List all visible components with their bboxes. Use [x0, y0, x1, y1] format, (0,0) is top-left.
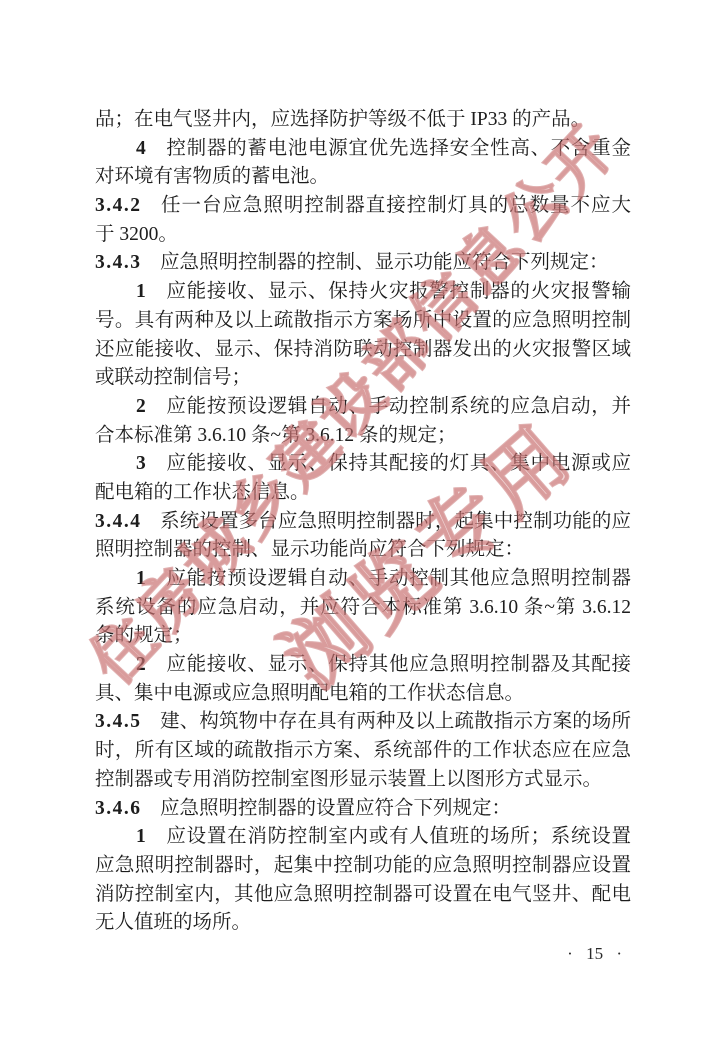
text-line: 3.4.5建、构筑物中存在具有两种及以上疏散指示方案的场所	[95, 708, 631, 737]
text-line: 合本标准第 3.6.10 条~第 3.6.12 条的规定；	[95, 422, 631, 451]
clause-number: 4	[136, 138, 147, 159]
text-line: 系统设备的应急启动，并应符合本标准第 3.6.10 条~第 3.6.12	[95, 594, 631, 623]
text-line: 3应能接收、显示、保持其配接的灯具、集中电源或应急照明	[95, 450, 631, 479]
line-text: 系统设置多台应急照明控制器时，起集中控制功能的应急	[95, 511, 631, 537]
text-line: 消防控制室内，其他应急照明控制器可设置在电气竖井、配电间等	[95, 881, 631, 910]
line-text: 应急照明控制器的控制、显示功能应符合下列规定：	[160, 252, 609, 273]
line-text: 条的规定；	[95, 625, 193, 646]
line-text: 任一台应急照明控制器直接控制灯具的总数量不应大	[160, 195, 631, 216]
text-line: 照明控制器的控制、显示功能尚应符合下列规定：	[95, 536, 631, 565]
line-text: 于 3200。	[95, 224, 178, 245]
line-text: 对环境有害物质的蓄电池。	[95, 166, 329, 187]
line-text: 应能接收、显示、保持其配接的灯具、集中电源或应急照明	[95, 453, 631, 479]
standard-document-page: 品；在电气竖井内，应选择防护等级不低于 IP33 的产品。4控制器的蓄电池电源宜…	[0, 0, 720, 1043]
clause-number: 3.4.4	[95, 511, 142, 532]
line-text: 照明控制器的控制、显示功能尚应符合下列规定：	[95, 539, 524, 560]
clause-number: 3.4.3	[95, 252, 142, 273]
text-line: 具、集中电源或应急照明配电箱的工作状态信息。	[95, 680, 631, 709]
text-line: 2应能接收、显示、保持其他应急照明控制器及其配接的灯	[95, 651, 631, 680]
line-text: 应急照明控制器时，起集中控制功能的应急照明控制器应设置在	[95, 855, 631, 881]
line-text: 配电箱的工作状态信息。	[95, 482, 310, 503]
text-line: 1应能按预设逻辑自动、手动控制其他应急照明控制器配接	[95, 565, 631, 594]
text-line: 1应能接收、显示、保持火灾报警控制器的火灾报警输出信	[95, 278, 631, 307]
text-line: 条的规定；	[95, 622, 631, 651]
line-text: 无人值班的场所。	[95, 912, 251, 933]
text-line: 2应能按预设逻辑自动、手动控制系统的应急启动，并应符	[95, 393, 631, 422]
text-line: 还应能接收、显示、保持消防联动控制器发出的火灾报警区域信号	[95, 336, 631, 365]
line-text: 建、构筑物中存在具有两种及以上疏散指示方案的场所	[160, 711, 631, 732]
clause-number: 1	[136, 281, 147, 302]
line-text: 合本标准第 3.6.10 条~第 3.6.12 条的规定；	[95, 425, 457, 446]
clause-number: 3.4.2	[95, 195, 142, 216]
line-text: 应能接收、显示、保持火灾报警控制器的火灾报警输出信	[95, 281, 631, 307]
text-line: 或联动控制信号；	[95, 364, 631, 393]
line-text: 具、集中电源或应急照明配电箱的工作状态信息。	[95, 683, 524, 704]
clause-number: 1	[136, 568, 147, 589]
clause-number: 2	[136, 396, 147, 417]
page-number: · 15 ·	[0, 944, 622, 964]
text-line: 3.4.2任一台应急照明控制器直接控制灯具的总数量不应大	[95, 192, 631, 221]
text-line: 品；在电气竖井内，应选择防护等级不低于 IP33 的产品。	[95, 106, 631, 135]
line-text: 应急照明控制器的设置应符合下列规定：	[160, 798, 511, 819]
text-line: 时，所有区域的疏散指示方案、系统部件的工作状态应在应急照明	[95, 737, 631, 766]
clause-number: 3.4.6	[95, 798, 142, 819]
text-line: 应急照明控制器时，起集中控制功能的应急照明控制器应设置在	[95, 852, 631, 881]
text-line: 3.4.3应急照明控制器的控制、显示功能应符合下列规定：	[95, 249, 631, 278]
line-text: 系统设备的应急启动，并应符合本标准第 3.6.10 条~第 3.6.12	[95, 597, 631, 618]
line-text: 应能按预设逻辑自动、手动控制系统的应急启动，并应符	[95, 396, 631, 422]
line-text: 或联动控制信号；	[95, 367, 251, 388]
line-text: 消防控制室内，其他应急照明控制器可设置在电气竖井、配电间等	[95, 884, 631, 910]
line-text: 控制器或专用消防控制室图形显示装置上以图形方式显示。	[95, 769, 602, 790]
text-line: 于 3200。	[95, 221, 631, 250]
text-line: 4控制器的蓄电池电源宜优先选择安全性高、不含重金属等	[95, 135, 631, 164]
line-text: 应能按预设逻辑自动、手动控制其他应急照明控制器配接	[95, 568, 631, 594]
line-text: 号。具有两种及以上疏散指示方案场所中设置的应急照明控制器	[95, 310, 631, 336]
document-body: 品；在电气竖井内，应选择防护等级不低于 IP33 的产品。4控制器的蓄电池电源宜…	[95, 106, 631, 938]
line-text: 还应能接收、显示、保持消防联动控制器发出的火灾报警区域信号	[95, 339, 631, 365]
text-line: 3.4.4系统设置多台应急照明控制器时，起集中控制功能的应急	[95, 508, 631, 537]
clause-number: 3	[136, 453, 147, 474]
text-line: 号。具有两种及以上疏散指示方案场所中设置的应急照明控制器	[95, 307, 631, 336]
text-line: 1应设置在消防控制室内或有人值班的场所；系统设置多台	[95, 823, 631, 852]
line-text: 应设置在消防控制室内或有人值班的场所；系统设置多台	[95, 826, 631, 852]
clause-number: 2	[136, 654, 147, 675]
line-text: 时，所有区域的疏散指示方案、系统部件的工作状态应在应急照明	[95, 740, 631, 766]
line-text: 应能接收、显示、保持其他应急照明控制器及其配接的灯	[95, 654, 631, 680]
clause-number: 3.4.5	[95, 711, 142, 732]
text-line: 3.4.6应急照明控制器的设置应符合下列规定：	[95, 795, 631, 824]
text-line: 控制器或专用消防控制室图形显示装置上以图形方式显示。	[95, 766, 631, 795]
line-text: 控制器的蓄电池电源宜优先选择安全性高、不含重金属等	[95, 138, 631, 164]
text-line: 无人值班的场所。	[95, 909, 631, 938]
line-text: 品；在电气竖井内，应选择防护等级不低于 IP33 的产品。	[95, 109, 590, 130]
clause-number: 1	[136, 826, 147, 847]
text-line: 对环境有害物质的蓄电池。	[95, 163, 631, 192]
text-line: 配电箱的工作状态信息。	[95, 479, 631, 508]
